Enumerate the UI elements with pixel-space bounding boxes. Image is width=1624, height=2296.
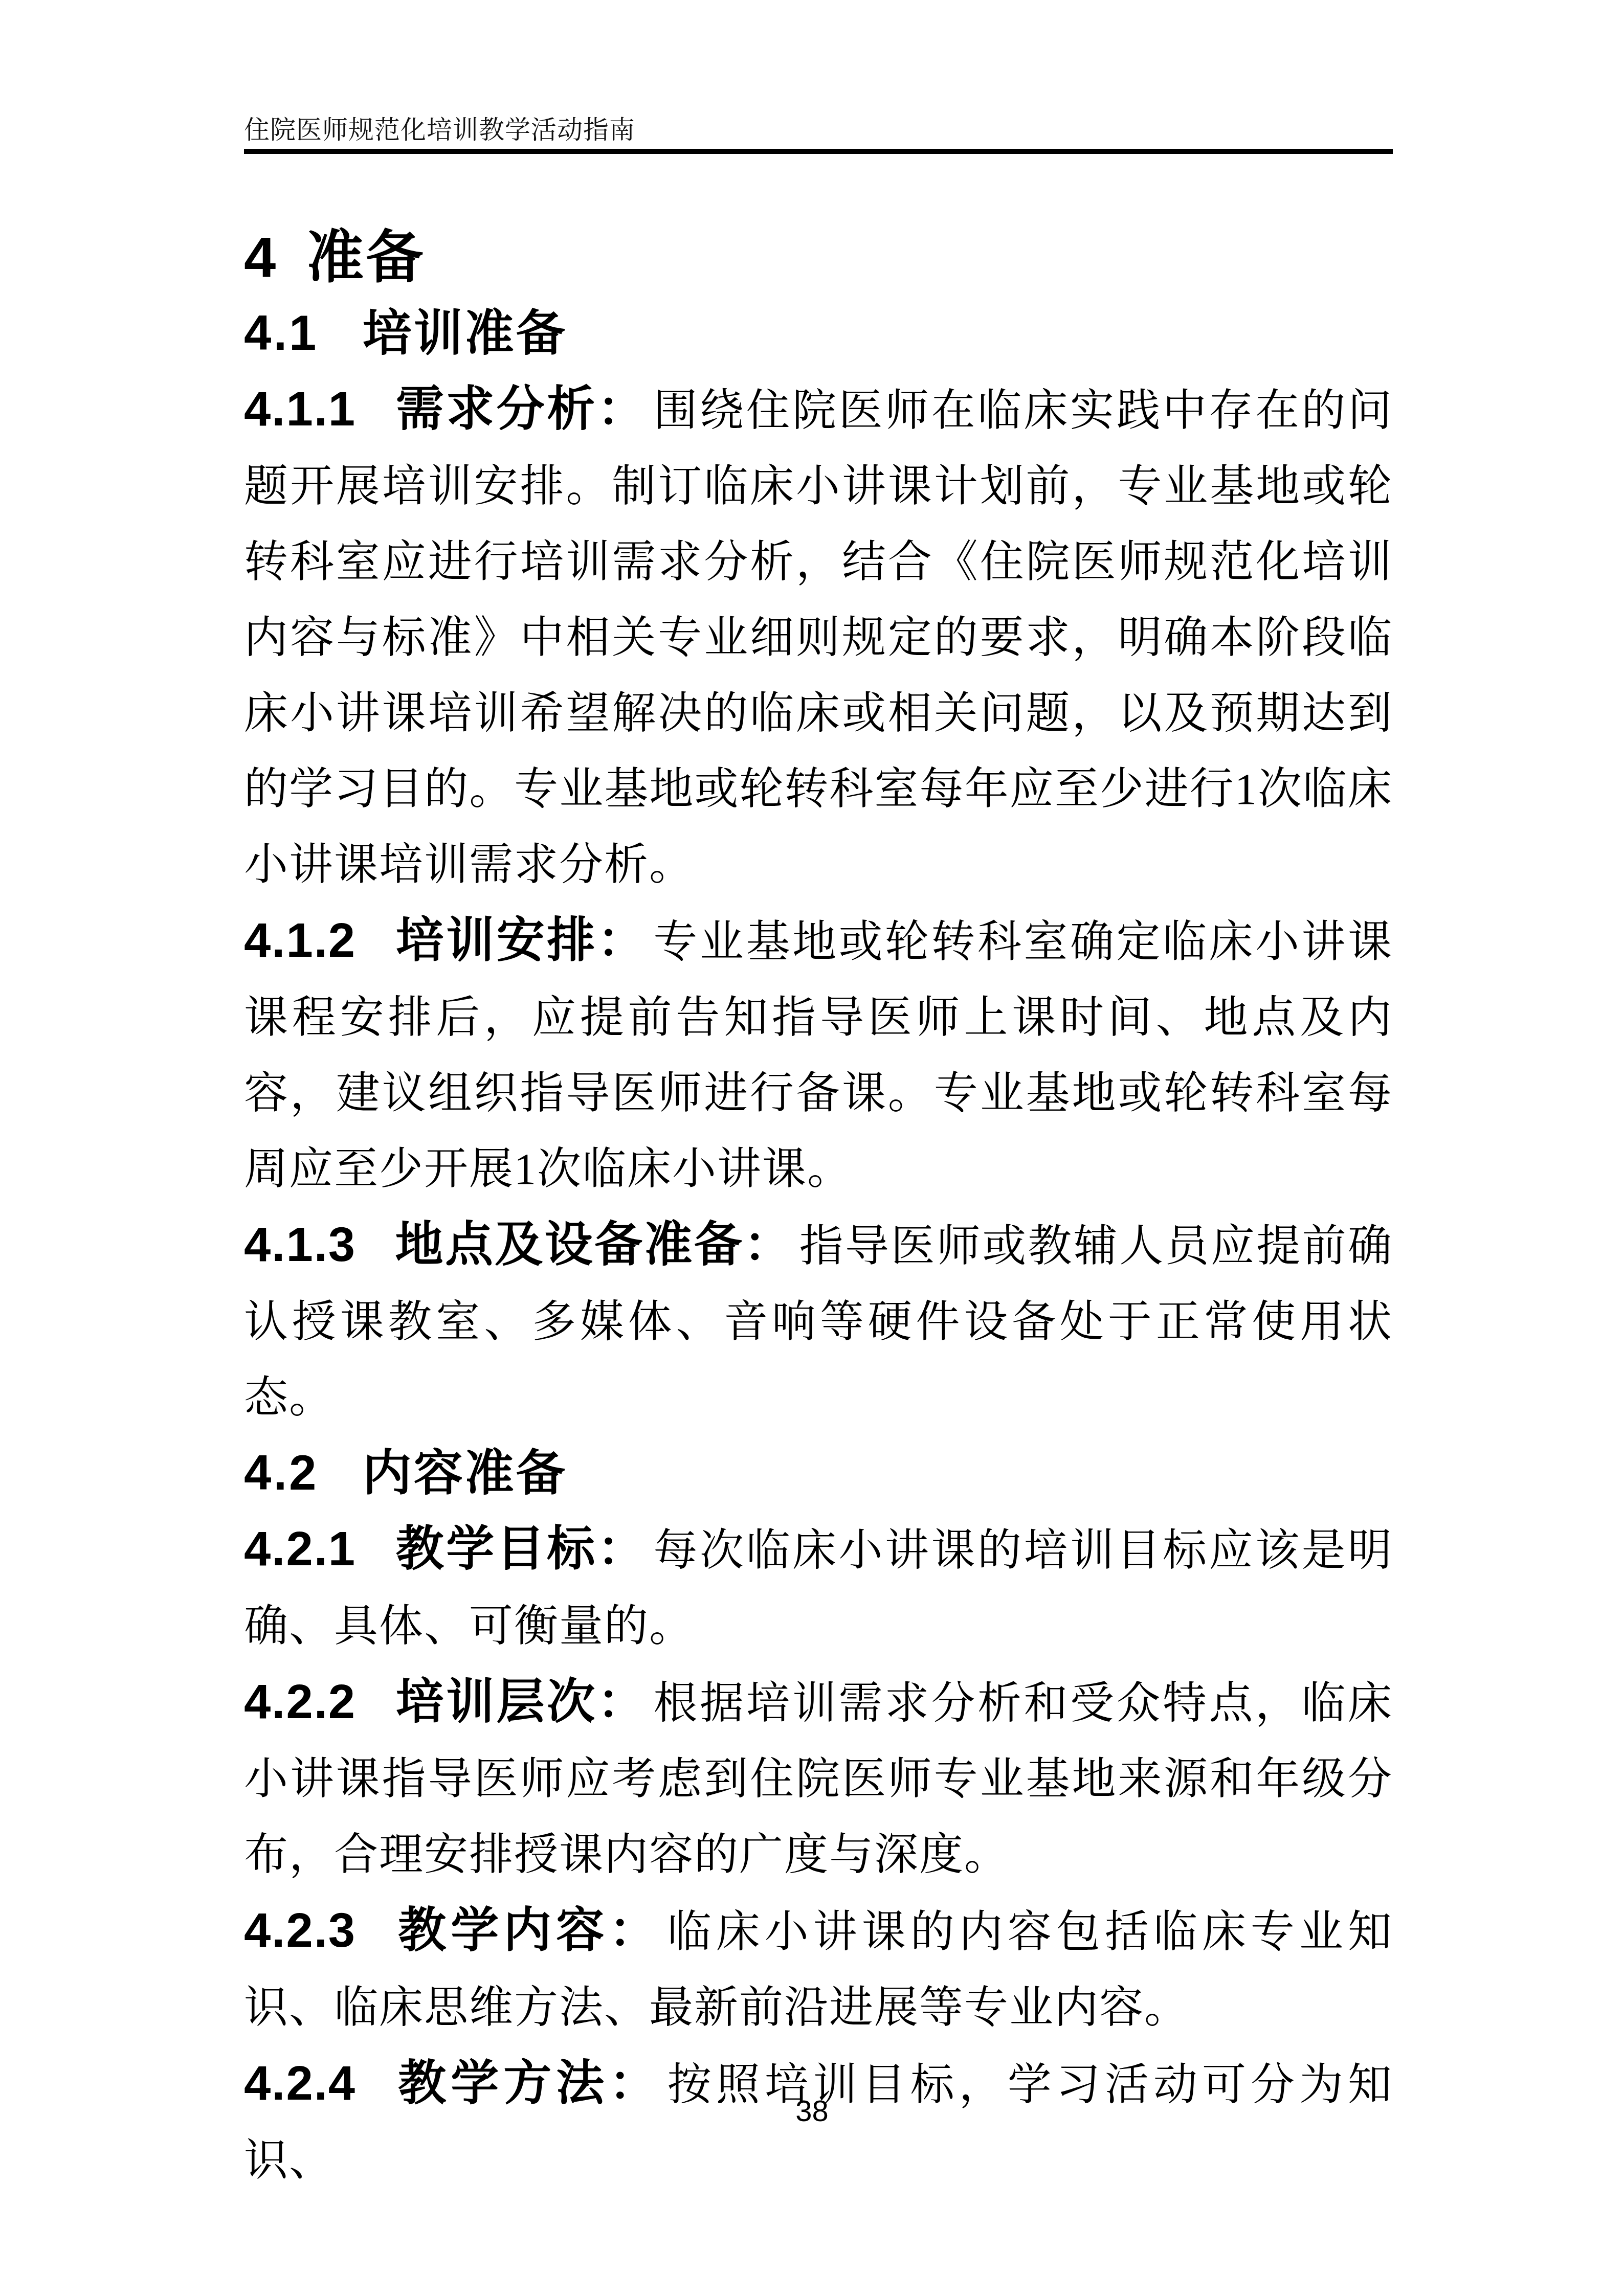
heading-number: 4.1 xyxy=(244,306,318,361)
paragraph-label: 教学目标： xyxy=(394,1522,648,1575)
section-heading-4-1: 4.1培训准备 xyxy=(244,296,1393,371)
paragraph-number: 4.1.1 xyxy=(244,382,356,436)
paragraph-label: 培训安排： xyxy=(394,913,648,967)
paragraph-4-1-3: 4.1.3地点及设备准备：指导医师或教辅人员应提前确认授课教室、多媒体、音响等硬… xyxy=(244,1207,1393,1435)
paragraph-label: 培训层次： xyxy=(394,1675,648,1728)
document-page: 住院医师规范化培训教学活动指南 4准备 4.1培训准备 4.1.1需求分析：围绕… xyxy=(0,0,1624,2296)
page-number: 38 xyxy=(795,2095,829,2128)
paragraph-number: 4.1.3 xyxy=(244,1218,356,1271)
section-heading-4-2: 4.2内容准备 xyxy=(244,1435,1393,1511)
paragraph-4-1-2: 4.1.2培训安排：专业基地或轮转科室确定临床小讲课课程安排后，应提前告知指导医… xyxy=(244,903,1393,1207)
paragraph-number: 4.1.2 xyxy=(244,913,356,967)
heading-title: 准备 xyxy=(306,226,425,289)
paragraph-label: 地点及设备准备： xyxy=(394,1218,793,1271)
paragraph-number: 4.2.1 xyxy=(244,1522,356,1575)
heading-title: 培训准备 xyxy=(363,306,567,361)
paragraph-number: 4.2.3 xyxy=(244,1903,356,1957)
paragraph-label: 教学内容： xyxy=(394,1903,661,1957)
running-header: 住院医师规范化培训教学活动指南 xyxy=(244,116,1393,144)
header-rule-divider xyxy=(244,149,1393,154)
heading-title: 内容准备 xyxy=(363,1446,567,1500)
paragraph-4-1-1: 4.1.1需求分析：围绕住院医师在临床实践中存在的问题开展培训安排。制订临床小讲… xyxy=(244,371,1393,903)
heading-number: 4 xyxy=(244,226,278,289)
paragraph-4-2-3: 4.2.3教学内容：临床小讲课的内容包括临床专业知识、临床思维方法、最新前沿进展… xyxy=(244,1893,1393,2045)
paragraph-label: 需求分析： xyxy=(394,382,648,436)
paragraph-4-2-1: 4.2.1教学目标：每次临床小讲课的培训目标应该是明确、具体、可衡量的。 xyxy=(244,1511,1393,1664)
page-footer: 38 xyxy=(0,2096,1624,2127)
heading-number: 4.2 xyxy=(244,1446,318,1500)
running-header-text: 住院医师规范化培训教学活动指南 xyxy=(244,116,635,144)
paragraph-text: 围绕住院医师在临床实践中存在的问题开展培训安排。制订临床小讲课计划前，专业基地或… xyxy=(244,386,1393,889)
paragraph-4-2-2: 4.2.2培训层次：根据培训需求分析和受众特点，临床小讲课指导医师应考虑到住院医… xyxy=(244,1664,1393,1893)
document-content: 4准备 4.1培训准备 4.1.1需求分析：围绕住院医师在临床实践中存在的问题开… xyxy=(244,220,1393,2198)
section-heading-4: 4准备 xyxy=(244,220,1393,296)
paragraph-number: 4.2.2 xyxy=(244,1675,356,1728)
